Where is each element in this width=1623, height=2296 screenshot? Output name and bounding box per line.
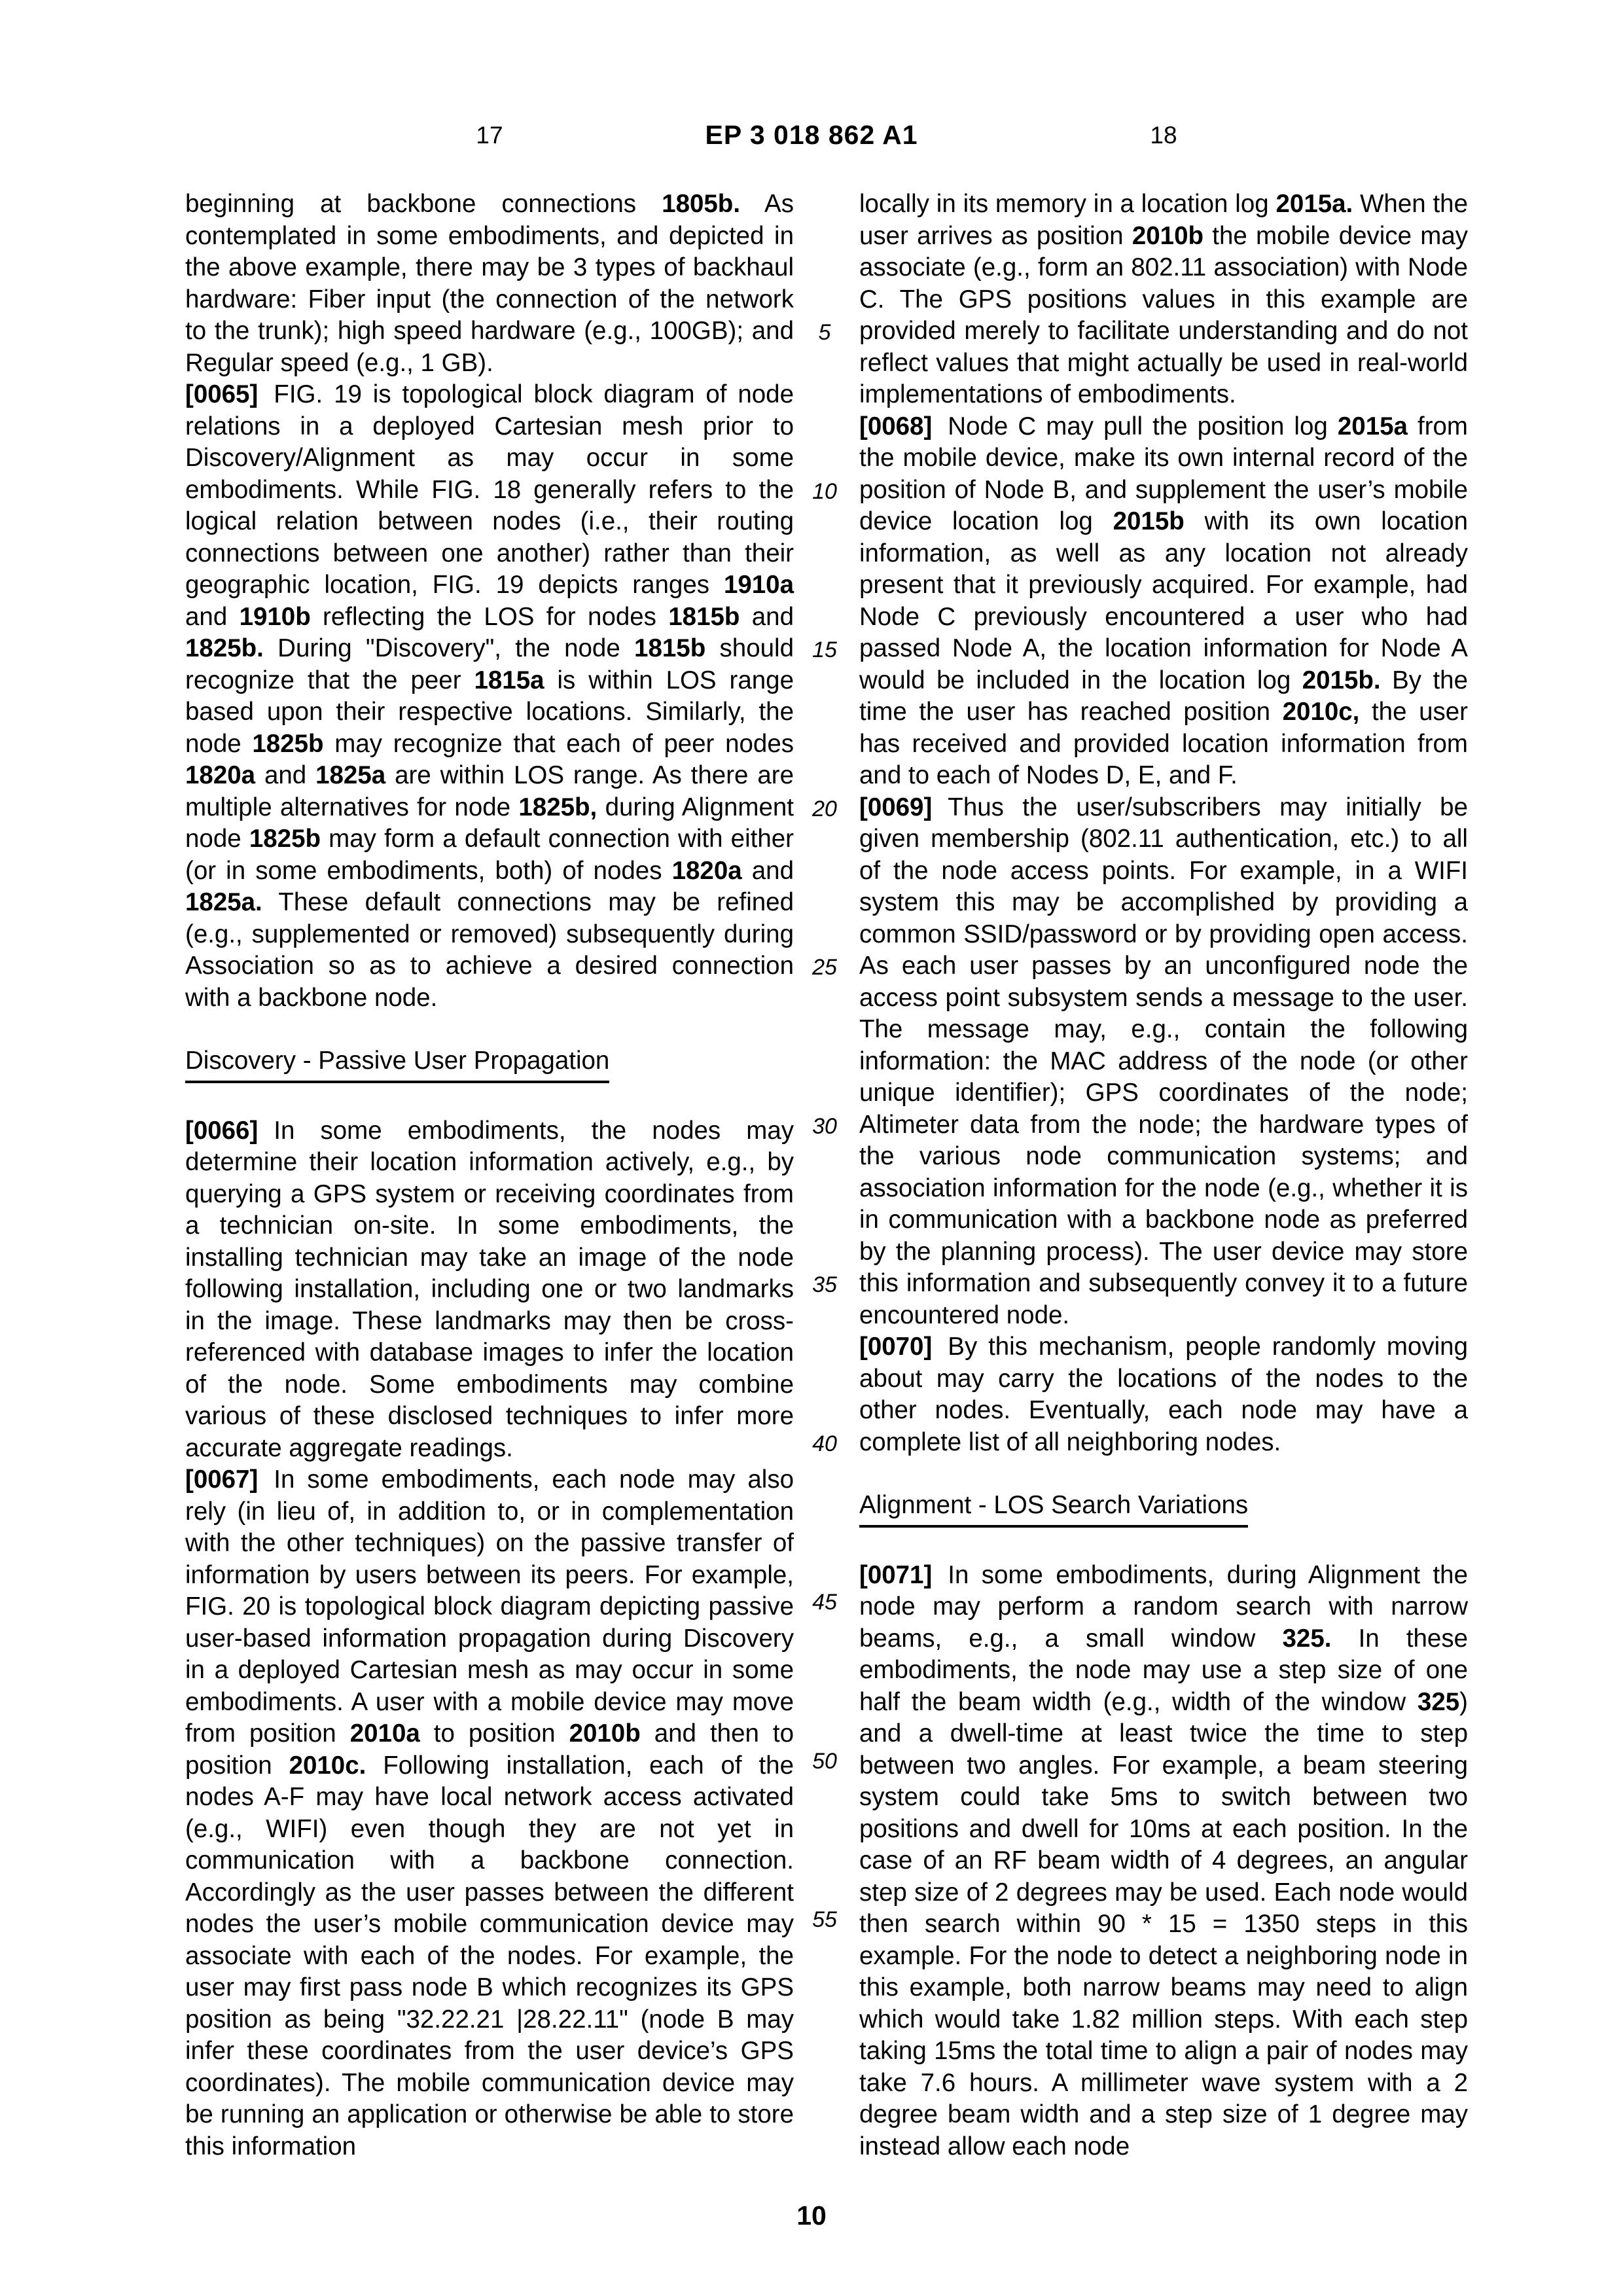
section-heading-text: Alignment - LOS Search Variations (859, 1490, 1248, 1528)
body-text: reflecting the LOS for nodes (311, 603, 669, 631)
reference-numeral: 325. (1283, 1624, 1332, 1653)
reference-numeral: 2015a (1338, 412, 1408, 440)
right-column: locally in its memory in a location log … (859, 188, 1468, 2162)
body-text: These default connections may be refined… (185, 888, 794, 1012)
body-text: beginning at backbone connections (185, 190, 662, 218)
reference-numeral: 2010b (1132, 222, 1204, 250)
gutter-line-number: 40 (782, 1431, 867, 1457)
reference-numeral: 2010b (569, 1719, 641, 1748)
section-heading-text: Discovery - Passive User Propagation (185, 1045, 609, 1083)
reference-numeral: 2010a (350, 1719, 420, 1748)
reference-numeral: 2010c. (289, 1751, 366, 1780)
paragraph: [0070]By this mechanism, people randomly… (859, 1331, 1468, 1458)
body-text: During "Discovery", the node (264, 634, 634, 662)
reference-numeral: 1825b, (518, 793, 597, 821)
body-text: FIG. 19 is topological block diagram of … (185, 380, 794, 599)
reference-numeral: 1825b (249, 825, 321, 853)
header-right-page-number: 18 (859, 122, 1468, 149)
paragraph-number: [0067] (185, 1465, 258, 1494)
left-column: beginning at backbone connections 1805b.… (185, 188, 794, 2162)
body-text: and (255, 761, 315, 789)
reference-numeral: 1910b (240, 603, 311, 631)
body-text: Thus the user/subscribers may initially … (859, 793, 1468, 1329)
reference-numeral: 1820a (672, 857, 742, 885)
reference-numeral: 1825a. (185, 888, 262, 916)
reference-numeral: 1825a (315, 761, 385, 789)
reference-numeral: 1820a (185, 761, 255, 789)
gutter-line-number: 35 (782, 1272, 867, 1298)
gutter-line-number: 55 (782, 1907, 867, 1933)
paragraph-number: [0066] (185, 1117, 258, 1145)
paragraph: [0065]FIG. 19 is topological block diagr… (185, 379, 794, 1014)
reference-numeral: 1815b (634, 634, 705, 662)
reference-numeral: 2015a. (1276, 190, 1353, 218)
paragraph: beginning at backbone connections 1805b.… (185, 188, 794, 379)
paragraph-number: [0065] (185, 380, 258, 408)
paragraph-number: [0069] (859, 793, 932, 821)
gutter-line-number: 45 (782, 1589, 867, 1615)
body-text: In some embodiments, the nodes may deter… (185, 1117, 794, 1462)
paragraph: locally in its memory in a location log … (859, 188, 1468, 411)
gutter-line-number: 30 (782, 1113, 867, 1139)
paragraph: [0069]Thus the user/subscribers may init… (859, 792, 1468, 1332)
body-text: and (742, 857, 794, 885)
body-text: and (185, 603, 240, 631)
gutter-line-number: 5 (782, 319, 867, 346)
reference-numeral: 1805b. (662, 190, 740, 218)
paragraph: [0066]In some embodiments, the nodes may… (185, 1115, 794, 1465)
paragraph: [0067]In some embodiments, each node may… (185, 1464, 794, 2162)
body-text: By this mechanism, people randomly movin… (859, 1333, 1468, 1456)
reference-numeral: 1815a (474, 666, 544, 694)
reference-numeral: 1825b. (185, 634, 264, 662)
gutter-line-number: 25 (782, 954, 867, 980)
gutter-line-number: 20 (782, 796, 867, 822)
reference-numeral: 1910a (724, 571, 794, 599)
reference-numeral: 2010c, (1283, 698, 1360, 726)
body-text: may recognize that each of peer nodes (324, 730, 794, 758)
reference-numeral: 1815b (668, 603, 740, 631)
reference-numeral: 325 (1418, 1688, 1459, 1716)
patent-page: 17 EP 3 018 862 A1 18 beginning at backb… (0, 0, 1623, 2296)
body-text: and (740, 603, 794, 631)
reference-numeral: 2015b. (1302, 666, 1381, 694)
reference-numeral: 1825b (252, 730, 323, 758)
gutter-line-number: 10 (782, 478, 867, 505)
paragraph-number: [0071] (859, 1561, 932, 1589)
gutter-line-number: 50 (782, 1748, 867, 1774)
body-text: Node C may pull the position log (948, 412, 1338, 440)
body-text: ) and a dwell-time at least twice the ti… (859, 1688, 1468, 2161)
paragraph-number: [0070] (859, 1333, 932, 1361)
gutter-line-number: 15 (782, 637, 867, 663)
section-heading: Discovery - Passive User Propagation (185, 1045, 794, 1083)
body-text: In some embodiments, each node may also … (185, 1465, 794, 1748)
section-heading: Alignment - LOS Search Variations (859, 1490, 1468, 1528)
reference-numeral: 2015b (1113, 507, 1185, 535)
body-text: locally in its memory in a location log (859, 190, 1276, 218)
body-text: Following installation, each of the node… (185, 1751, 794, 2161)
paragraph: [0068]Node C may pull the position log 2… (859, 411, 1468, 792)
body-text: to position (420, 1719, 569, 1748)
footer-page-number: 10 (0, 2200, 1623, 2231)
paragraph: [0071]In some embodiments, during Alignm… (859, 1560, 1468, 2163)
paragraph-number: [0068] (859, 412, 932, 440)
